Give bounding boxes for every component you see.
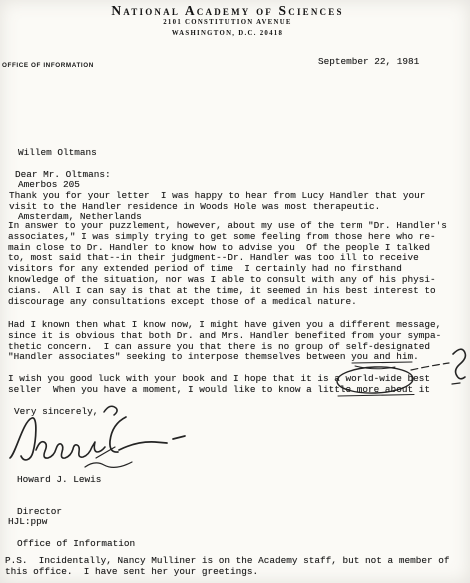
body-paragraph-2: In answer to your puzzlement, however, a… [8, 221, 447, 307]
signature-start-curl [104, 406, 117, 415]
postscript: P.S. Incidentally, Nancy Mulliner is on … [5, 556, 449, 578]
signer-office: Office of Information [17, 539, 135, 550]
letterhead-street-address: 2101 CONSTITUTION AVENUE [0, 19, 455, 26]
office-of-information-label: OFFICE OF INFORMATION [2, 62, 94, 69]
signature-block: Howard J. Lewis Director Office of Infor… [17, 453, 135, 572]
margin-dash-mark [452, 383, 460, 384]
letter-date: September 22, 1981 [318, 57, 419, 68]
signature-tail-stroke [119, 442, 167, 450]
circle-connector-line [411, 363, 449, 370]
body-paragraph-1: Thank you for your letter I was happy to… [9, 191, 425, 213]
signer-name: Howard J. Lewis [17, 475, 135, 486]
body-paragraph-3: Had I known then what I know now, I migh… [8, 320, 441, 363]
valediction: Very sincerely, [14, 407, 98, 418]
signature-end-dash [173, 436, 185, 439]
you-and-him-underline-curve [355, 366, 395, 369]
letterhead-city-zip: WASHINGTON, D.C. 20418 [0, 30, 455, 37]
scanned-letter-page: National Academy of Sciences 2101 CONSTI… [0, 0, 470, 583]
recipient-name: Willem Oltmans [18, 148, 142, 159]
body-paragraph-4: I wish you good luck with your book and … [8, 374, 430, 396]
reference-initials: HJL:ppw [8, 517, 47, 528]
signature-j-curve [110, 417, 126, 452]
salutation: Dear Mr. Oltmans: [15, 170, 111, 181]
letterhead-organization: National Academy of Sciences [0, 3, 455, 19]
margin-squiggle-mark [453, 349, 465, 379]
